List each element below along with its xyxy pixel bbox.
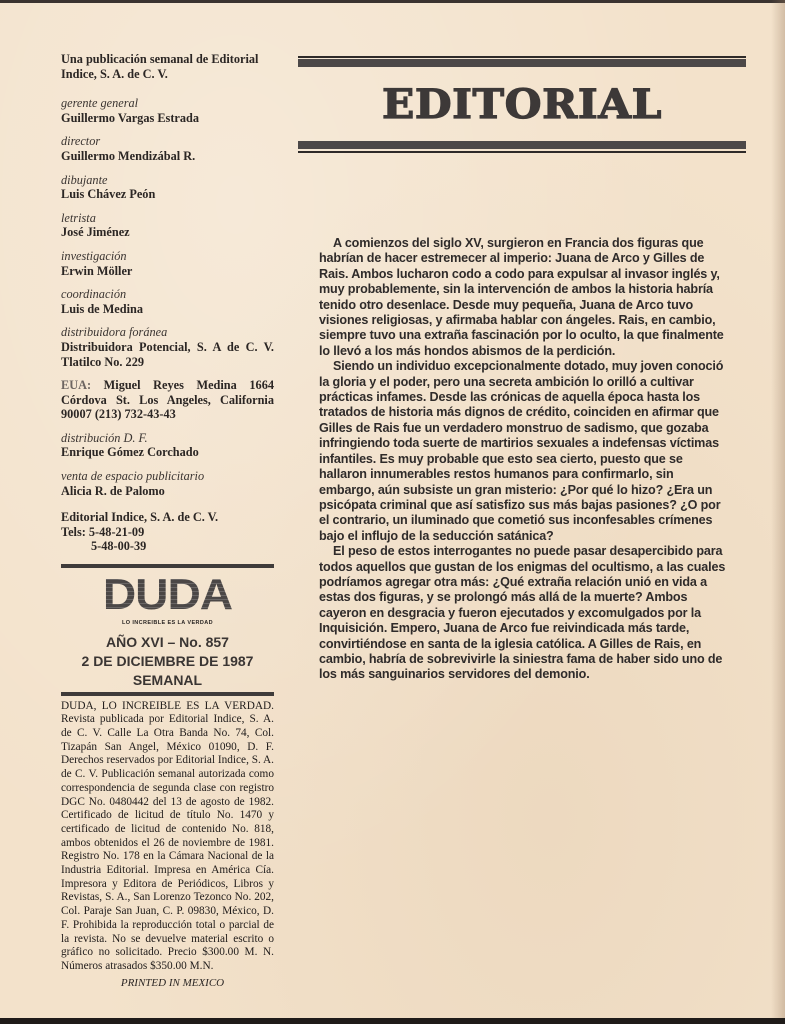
credit-dibujante: dibujante Luis Chávez Peón [61,173,274,202]
thin-rule [298,151,746,153]
credit-name: Distribuidora Potencial, S. A de C. V. T… [61,340,274,369]
divider-rule [61,564,274,568]
credit-name: Guillermo Mendizábal R. [61,149,274,164]
credit-role: investigación [61,249,274,264]
header-band-bottom [298,141,746,152]
page-top-edge [0,0,785,3]
credit-distribuidora: distribuidora foránea Distribuidora Pote… [61,325,274,369]
credit-role: venta de espacio publicitario [61,469,274,484]
printed-in-mexico: PRINTED IN MEXICO [61,976,274,991]
credit-name: Luis Chávez Peón [61,187,274,202]
issue-number: AÑO XVI – No. 857 [61,635,274,650]
publisher-intro: Una publicación semanal de Editorial Ind… [61,52,274,81]
credit-director: director Guillermo Mendizábal R. [61,134,274,163]
eua-label: EUA: [61,378,91,392]
editorial-body: A comienzos del siglo XV, surgieron en F… [319,236,729,683]
credit-investigacion: investigación Erwin Möller [61,249,274,278]
credit-publicidad: venta de espacio publicitario Alicia R. … [61,469,274,498]
credit-name: José Jiménez [61,225,274,240]
credit-role: distribución D. F. [61,431,274,446]
credit-name: Alicia R. de Palomo [61,484,274,499]
editorial-headline: EDITORIAL [285,85,760,125]
header-band-top [298,56,746,67]
credit-name: Erwin Möller [61,264,274,279]
contact-tel-1: Tels: 5-48-21-09 [61,525,274,540]
credit-coordinacion: coordinación Luis de Medina [61,287,274,316]
credit-distribucion-df: distribución D. F. Enrique Gómez Corchad… [61,431,274,460]
credit-name: Luis de Medina [61,302,274,317]
thin-rule [298,56,746,58]
thick-rule [298,141,746,149]
credit-role: gerente general [61,96,274,111]
editorial-paragraph: Siendo un individuo excepcionalmente dot… [319,359,729,544]
contact-block: Editorial Indice, S. A. de C. V. Tels: 5… [61,510,274,554]
issue-frequency: SEMANAL [61,673,274,688]
credit-role: distribuidora foránea [61,325,274,340]
credits-column: Una publicación semanal de Editorial Ind… [61,52,274,990]
credit-gerente: gerente general Guillermo Vargas Estrada [61,96,274,125]
editorial-header: EDITORIAL [298,56,746,152]
eua-distributor: EUA: Miguel Reyes Medina 1664 Córdova St… [61,378,274,422]
editorial-paragraph: A comienzos del siglo XV, surgieron en F… [319,236,729,359]
issue-date: 2 DE DICIEMBRE DE 1987 [61,654,274,669]
eua-address: Miguel Reyes Medina 1664 Córdova St. Los… [61,378,274,421]
magazine-masthead: DUDA LO INCREIBLE ES LA VERDAD AÑO XVI –… [61,576,274,688]
thick-rule [298,59,746,67]
credit-role: director [61,134,274,149]
duda-logo: DUDA [56,576,280,614]
credit-name: Enrique Gómez Corchado [61,445,274,460]
divider-rule [61,692,274,696]
legal-notice: DUDA, LO INCREIBLE ES LA VERDAD. Revista… [61,700,274,974]
editorial-paragraph: El peso de estos interrogantes no puede … [319,544,729,683]
contact-company: Editorial Indice, S. A. de C. V. [61,510,274,525]
page-bottom-edge [0,1018,785,1024]
credit-role: dibujante [61,173,274,188]
page-fold-shadow [771,0,785,1024]
credit-letrista: letrista José Jiménez [61,211,274,240]
contact-tel-2: 5-48-00-39 [61,539,274,554]
credit-role: letrista [61,211,274,226]
credit-role: coordinación [61,287,274,302]
credit-name: Guillermo Vargas Estrada [61,111,274,126]
